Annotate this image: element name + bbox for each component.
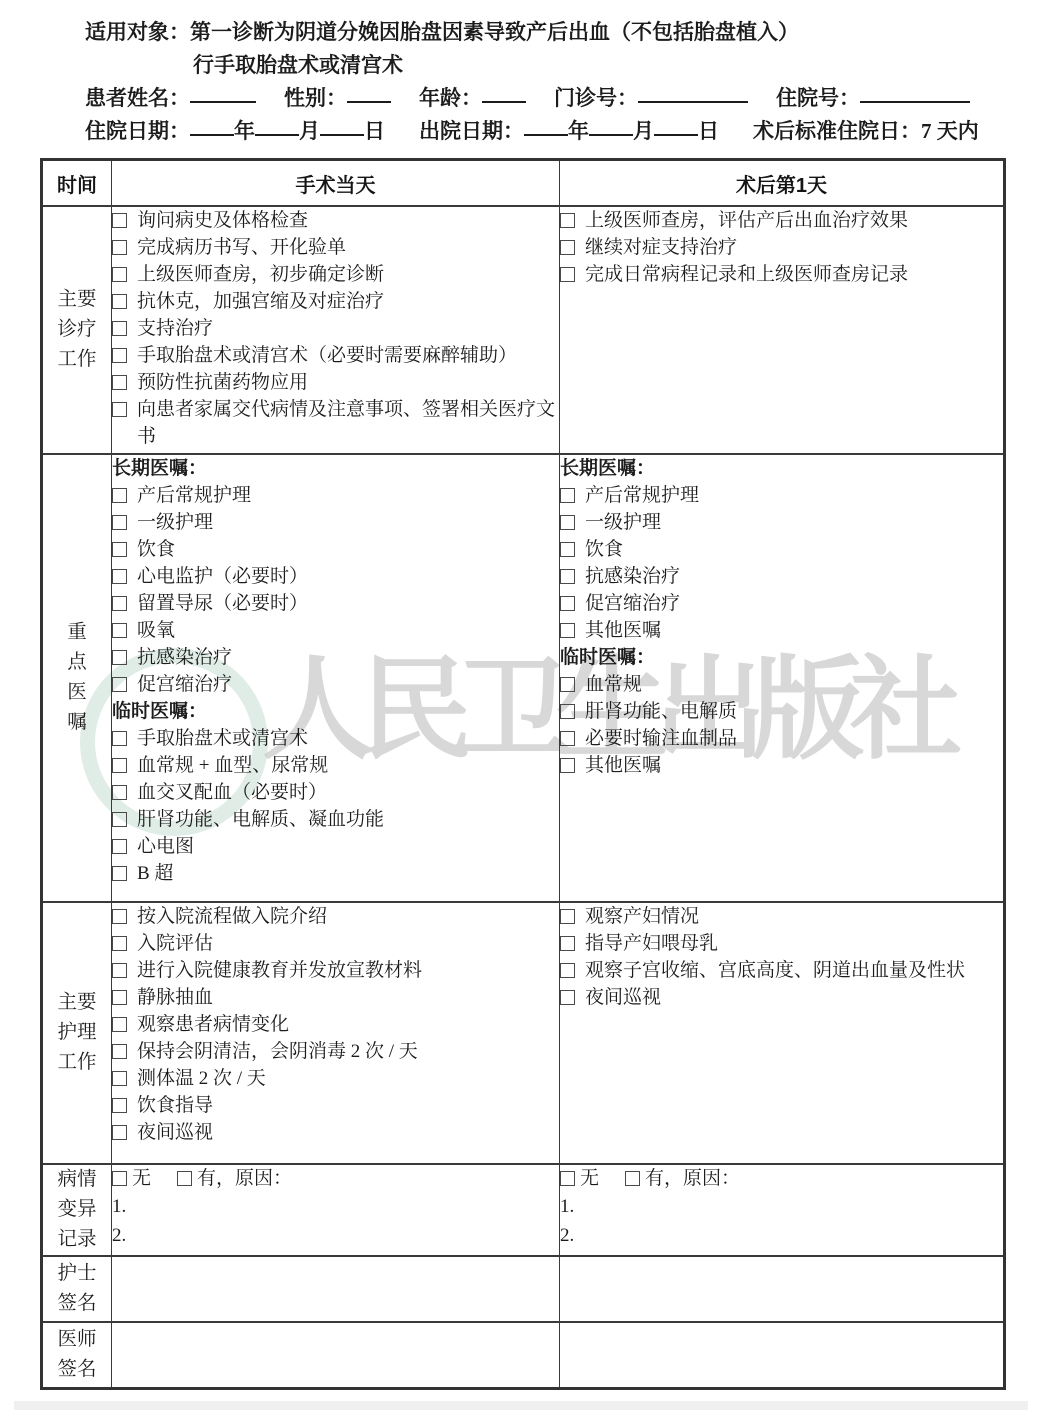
row-label-line: 医 <box>43 678 111 708</box>
field-label: 出院日期： <box>419 119 524 143</box>
row-label: 病情变异记录 <box>42 1164 112 1256</box>
checkbox-item-label: 询问病史及体格检查 <box>137 207 559 234</box>
checkbox-icon <box>560 515 575 530</box>
table-row: 病情变异记录无有，原因：1.2.无有，原因：1.2. <box>42 1164 1005 1256</box>
form-field: 住院号： <box>776 82 970 115</box>
row-label: 医师签名 <box>42 1322 112 1388</box>
pathway-cell <box>112 1322 560 1388</box>
blank-line <box>320 133 364 136</box>
row-label-line: 签名 <box>43 1289 111 1319</box>
checkbox-icon <box>560 623 575 638</box>
pathway-cell: 询问病史及体格检查完成病历书写、开化验单上级医师查房，初步确定诊断抗休克，加强宫… <box>112 206 560 454</box>
checkbox-item-label: 预防性抗菌药物应用 <box>137 369 559 396</box>
checkbox-icon <box>112 267 127 282</box>
checkbox-icon <box>112 294 127 309</box>
orders-heading: 长期医嘱： <box>112 455 559 482</box>
checkbox-item-label: 产后常规护理 <box>137 482 559 509</box>
checkbox-item: 其他医嘱 <box>560 617 1003 644</box>
checkbox-item-label: 进行入院健康教育并发放宣教材料 <box>137 957 559 984</box>
field-label: 年 <box>568 119 589 143</box>
checkbox-icon <box>560 758 575 773</box>
checkbox-item-label: 抗感染治疗 <box>137 644 559 671</box>
checkbox-item-label: 肝肾功能、电解质 <box>585 698 1003 725</box>
checkbox-item-label: 向患者家属交代病情及注意事项、签署相关医疗文书 <box>137 396 559 450</box>
checkbox-item-label: 促宫缩治疗 <box>585 590 1003 617</box>
checkbox-item: 抗感染治疗 <box>560 563 1003 590</box>
checkbox-item: 必要时输注血制品 <box>560 725 1003 752</box>
checkbox-item-label: 测体温 2 次 / 天 <box>137 1065 559 1092</box>
checkbox-item-label: 饮食 <box>137 536 559 563</box>
table-row: 护士签名 <box>42 1256 1005 1322</box>
checkbox-item-label: 观察子宫收缩、宫底高度、阴道出血量及性状 <box>585 957 1003 984</box>
checkbox-icon <box>560 731 575 746</box>
checkbox-item-label: 夜间巡视 <box>137 1119 559 1146</box>
variance-option-label: 无 <box>580 1165 599 1192</box>
checkbox-item-label: 入院评估 <box>137 930 559 957</box>
checkbox-item: 产后常规护理 <box>112 482 559 509</box>
checkbox-item: 饮食指导 <box>112 1092 559 1119</box>
clinical-pathway-table: 时间 手术当天 术后第1天 主要诊疗工作询问病史及体格检查完成病历书写、开化验单… <box>40 158 1006 1390</box>
checkbox-item: 按入院流程做入院介绍 <box>112 903 559 930</box>
pathway-cell: 观察产妇情况指导产妇喂母乳观察子宫收缩、宫底高度、阴道出血量及性状夜间巡视 <box>560 902 1005 1164</box>
field-label: 患者姓名： <box>85 86 190 110</box>
checkbox-item: 继续对症支持治疗 <box>560 234 1003 261</box>
blank-line <box>255 133 299 136</box>
blank-line <box>190 133 234 136</box>
checkbox-item: 肝肾功能、电解质、凝血功能 <box>112 806 559 833</box>
checkbox-item: 产后常规护理 <box>560 482 1003 509</box>
checkbox-icon <box>112 1017 127 1032</box>
field-label: 住院日期： <box>85 119 190 143</box>
row-label-line: 嘱 <box>43 708 111 738</box>
row-label-line: 主要 <box>43 988 111 1018</box>
form-field: 门诊号： <box>554 82 748 115</box>
checkbox-icon <box>112 963 127 978</box>
checkbox-item-label: 完成病历书写、开化验单 <box>137 234 559 261</box>
checkbox-item: 向患者家属交代病情及注意事项、签署相关医疗文书 <box>112 396 559 450</box>
numbered-blank-line: 2. <box>112 1221 559 1250</box>
row-label-line: 签名 <box>43 1355 111 1385</box>
checkbox-item: 一级护理 <box>560 509 1003 536</box>
checkbox-item-label: 观察产妇情况 <box>585 903 1003 930</box>
variance-option: 有，原因： <box>177 1165 292 1192</box>
checkbox-icon <box>560 677 575 692</box>
column-header-time: 时间 <box>42 160 112 207</box>
pathway-cell: 按入院流程做入院介绍入院评估进行入院健康教育并发放宣教材料静脉抽血观察患者病情变… <box>112 902 560 1164</box>
checkbox-icon <box>112 990 127 1005</box>
checkbox-icon <box>560 213 575 228</box>
checkbox-item: 夜间巡视 <box>560 984 1003 1011</box>
blank-line <box>589 133 633 136</box>
field-label: 月 <box>633 119 654 143</box>
checkbox-item-label: 支持治疗 <box>137 315 559 342</box>
checkbox-item: 询问病史及体格检查 <box>112 207 559 234</box>
checkbox-item: 预防性抗菌药物应用 <box>112 369 559 396</box>
variance-option: 有，原因： <box>625 1165 740 1192</box>
checkbox-icon <box>112 758 127 773</box>
checkbox-item: 上级医师查房，初步确定诊断 <box>112 261 559 288</box>
checkbox-item: 进行入院健康教育并发放宣教材料 <box>112 957 559 984</box>
checkbox-icon <box>112 596 127 611</box>
checkbox-item-label: 一级护理 <box>137 509 559 536</box>
row-label-line: 工作 <box>43 345 111 375</box>
row-label: 护士签名 <box>42 1256 112 1322</box>
row-label-line: 变异 <box>43 1195 111 1225</box>
checkbox-item-label: 留置导尿（必要时） <box>137 590 559 617</box>
pathway-cell <box>560 1322 1005 1388</box>
checkbox-item-label: 手取胎盘术或清宫术 <box>137 725 559 752</box>
checkbox-item: 肝肾功能、电解质 <box>560 698 1003 725</box>
row-label: 重点医嘱 <box>42 454 112 902</box>
checkbox-item: 促宫缩治疗 <box>560 590 1003 617</box>
pathway-cell: 长期医嘱：产后常规护理一级护理饮食抗感染治疗促宫缩治疗其他医嘱临时医嘱：血常规肝… <box>560 454 1005 902</box>
checkbox-icon <box>112 1071 127 1086</box>
column-header-surgery-day: 手术当天 <box>112 160 560 207</box>
form-field: 住院日期：年月日 <box>85 115 385 148</box>
checkbox-item: 饮食 <box>112 536 559 563</box>
checkbox-icon <box>560 963 575 978</box>
blank-line <box>638 100 748 103</box>
form-field: 术后标准住院日：7 天内 <box>753 115 979 148</box>
column-header-postop-day1: 术后第1天 <box>560 160 1005 207</box>
checkbox-icon <box>177 1171 192 1186</box>
checkbox-item-label: 继续对症支持治疗 <box>585 234 1003 261</box>
checkbox-item-label: 抗感染治疗 <box>585 563 1003 590</box>
pathway-cell: 上级医师查房，评估产后出血治疗效果继续对症支持治疗完成日常病程记录和上级医师查房… <box>560 206 1005 454</box>
pathway-cell: 无有，原因：1.2. <box>560 1164 1005 1256</box>
checkbox-icon <box>112 488 127 503</box>
applicable-subject-line: 适用对象：第一诊断为阴道分娩因胎盘因素导致产后出血（不包括胎盘植入） <box>85 16 1042 49</box>
row-label-line: 病情 <box>43 1165 111 1195</box>
numbered-blank-line: 1. <box>112 1192 559 1221</box>
numbered-blank-line: 1. <box>560 1192 1003 1221</box>
field-label: 日 <box>698 119 719 143</box>
checkbox-item-label: 肝肾功能、电解质、凝血功能 <box>137 806 559 833</box>
checkbox-item: 指导产妇喂母乳 <box>560 930 1003 957</box>
checkbox-item-label: 产后常规护理 <box>585 482 1003 509</box>
checkbox-item-label: 必要时输注血制品 <box>585 725 1003 752</box>
row-label: 主要诊疗工作 <box>42 206 112 454</box>
checkbox-item-label: 静脉抽血 <box>137 984 559 1011</box>
row-label-line: 记录 <box>43 1225 111 1255</box>
checkbox-item-label: 饮食 <box>585 536 1003 563</box>
row-label-line: 工作 <box>43 1048 111 1078</box>
row-label-line: 点 <box>43 648 111 678</box>
blank-line <box>524 133 568 136</box>
checkbox-item: 上级医师查房，评估产后出血治疗效果 <box>560 207 1003 234</box>
field-label: 月 <box>299 119 320 143</box>
variance-option-label: 有，原因： <box>645 1165 740 1192</box>
checkbox-item-label: 指导产妇喂母乳 <box>585 930 1003 957</box>
checkbox-icon <box>112 348 127 363</box>
checkbox-item: 血交叉配血（必要时） <box>112 779 559 806</box>
checkbox-icon <box>112 569 127 584</box>
blank-line <box>482 100 526 103</box>
pathway-cell: 无有，原因：1.2. <box>112 1164 560 1256</box>
row-label-line: 主要 <box>43 285 111 315</box>
form-field: 性别： <box>284 82 391 115</box>
table-header-row: 时间 手术当天 术后第1天 <box>42 160 1005 207</box>
checkbox-icon <box>112 542 127 557</box>
checkbox-item: B 超 <box>112 860 559 887</box>
checkbox-item: 观察产妇情况 <box>560 903 1003 930</box>
checkbox-item: 心电图 <box>112 833 559 860</box>
checkbox-icon <box>112 1098 127 1113</box>
checkbox-item: 夜间巡视 <box>112 1119 559 1146</box>
field-label: 门诊号： <box>554 86 638 110</box>
row-label-line: 护士 <box>43 1259 111 1289</box>
checkbox-icon <box>112 213 127 228</box>
checkbox-item-label: 观察患者病情变化 <box>137 1011 559 1038</box>
checkbox-item: 血常规 <box>560 671 1003 698</box>
checkbox-icon <box>560 240 575 255</box>
checkbox-item-label: 心电监护（必要时） <box>137 563 559 590</box>
table-row: 主要诊疗工作询问病史及体格检查完成病历书写、开化验单上级医师查房，初步确定诊断抗… <box>42 206 1005 454</box>
checkbox-icon <box>560 569 575 584</box>
checkbox-item-label: 上级医师查房，评估产后出血治疗效果 <box>585 207 1003 234</box>
checkbox-item: 促宫缩治疗 <box>112 671 559 698</box>
checkbox-item-label: 其他医嘱 <box>585 617 1003 644</box>
checkbox-item-label: 饮食指导 <box>137 1092 559 1119</box>
blank-line <box>654 133 698 136</box>
checkbox-item: 测体温 2 次 / 天 <box>112 1065 559 1092</box>
checkbox-icon <box>112 812 127 827</box>
checkbox-item-label: 吸氧 <box>137 617 559 644</box>
variance-options: 无有，原因： <box>560 1165 1003 1192</box>
variance-options: 无有，原因： <box>112 1165 559 1192</box>
checkbox-item-label: 心电图 <box>137 833 559 860</box>
variance-option-label: 有，原因： <box>197 1165 292 1192</box>
checkbox-item: 观察患者病情变化 <box>112 1011 559 1038</box>
orders-heading: 长期医嘱： <box>560 455 1003 482</box>
numbered-blank-line: 2. <box>560 1221 1003 1250</box>
row-label-line: 诊疗 <box>43 315 111 345</box>
checkbox-icon <box>112 1125 127 1140</box>
checkbox-item: 心电监护（必要时） <box>112 563 559 590</box>
checkbox-item-label: 其他医嘱 <box>585 752 1003 779</box>
checkbox-icon <box>560 542 575 557</box>
page-bottom-edge <box>14 1401 1028 1410</box>
checkbox-item-label: 血常规 <box>585 671 1003 698</box>
orders-heading: 临时医嘱： <box>560 644 1003 671</box>
pathway-cell <box>560 1256 1005 1322</box>
checkbox-item-label: 一级护理 <box>585 509 1003 536</box>
field-label: 性别： <box>284 86 347 110</box>
checkbox-item: 手取胎盘术或清宫术（必要时需要麻醉辅助） <box>112 342 559 369</box>
checkbox-item-label: 完成日常病程记录和上级医师查房记录 <box>585 261 1003 288</box>
procedure-line: 行手取胎盘术或清宫术 <box>85 49 1042 82</box>
document-header: 适用对象：第一诊断为阴道分娩因胎盘因素导致产后出血（不包括胎盘植入） 行手取胎盘… <box>0 0 1042 148</box>
checkbox-item: 留置导尿（必要时） <box>112 590 559 617</box>
blank-line <box>190 100 256 103</box>
field-label: 年 <box>234 119 255 143</box>
checkbox-icon <box>112 240 127 255</box>
row-label-line: 医师 <box>43 1325 111 1355</box>
checkbox-icon <box>112 623 127 638</box>
checkbox-item-label: 按入院流程做入院介绍 <box>137 903 559 930</box>
variance-option: 无 <box>112 1165 151 1192</box>
checkbox-item-label: 手取胎盘术或清宫术（必要时需要麻醉辅助） <box>137 342 559 369</box>
checkbox-icon <box>112 650 127 665</box>
checkbox-icon <box>560 990 575 1005</box>
field-label: 日 <box>364 119 385 143</box>
checkbox-item: 血常规 + 血型、尿常规 <box>112 752 559 779</box>
checkbox-icon <box>112 1171 127 1186</box>
orders-heading: 临时医嘱： <box>112 698 559 725</box>
checkbox-icon <box>112 731 127 746</box>
checkbox-icon <box>112 321 127 336</box>
checkbox-item: 静脉抽血 <box>112 984 559 1011</box>
checkbox-item: 支持治疗 <box>112 315 559 342</box>
clinical-pathway-document-page: 人民卫生出版社 适用对象：第一诊断为阴道分娩因胎盘因素导致产后出血（不包括胎盘植… <box>0 0 1042 1416</box>
variance-option-label: 无 <box>132 1165 151 1192</box>
checkbox-icon <box>625 1171 640 1186</box>
checkbox-item: 完成病历书写、开化验单 <box>112 234 559 261</box>
checkbox-item-label: 夜间巡视 <box>585 984 1003 1011</box>
table-row: 主要护理工作按入院流程做入院介绍入院评估进行入院健康教育并发放宣教材料静脉抽血观… <box>42 902 1005 1164</box>
checkbox-icon <box>560 909 575 924</box>
checkbox-icon <box>112 1044 127 1059</box>
form-field: 年龄： <box>419 82 526 115</box>
hospital-date-fields: 住院日期：年月日出院日期：年月日术后标准住院日：7 天内 <box>85 115 1042 148</box>
checkbox-item-label: 促宫缩治疗 <box>137 671 559 698</box>
checkbox-icon <box>560 704 575 719</box>
form-field: 患者姓名： <box>85 82 256 115</box>
table-row: 重点医嘱长期医嘱：产后常规护理一级护理饮食心电监护（必要时）留置导尿（必要时）吸… <box>42 454 1005 902</box>
checkbox-icon <box>112 677 127 692</box>
blank-line <box>347 100 391 103</box>
field-label: 住院号： <box>776 86 860 110</box>
checkbox-item: 其他医嘱 <box>560 752 1003 779</box>
checkbox-item-label: 血常规 + 血型、尿常规 <box>137 752 559 779</box>
checkbox-item: 观察子宫收缩、宫底高度、阴道出血量及性状 <box>560 957 1003 984</box>
checkbox-icon <box>560 267 575 282</box>
checkbox-item-label: 抗休克，加强宫缩及对症治疗 <box>137 288 559 315</box>
checkbox-item: 手取胎盘术或清宫术 <box>112 725 559 752</box>
checkbox-icon <box>112 839 127 854</box>
checkbox-icon <box>112 936 127 951</box>
checkbox-item: 保持会阴清洁，会阴消毒 2 次 / 天 <box>112 1038 559 1065</box>
checkbox-icon <box>112 402 127 417</box>
checkbox-icon <box>112 515 127 530</box>
row-label-line: 重 <box>43 618 111 648</box>
checkbox-icon <box>112 375 127 390</box>
checkbox-icon <box>112 909 127 924</box>
checkbox-item-label: B 超 <box>137 860 559 887</box>
table-row: 医师签名 <box>42 1322 1005 1388</box>
row-label-line: 护理 <box>43 1018 111 1048</box>
checkbox-icon <box>560 488 575 503</box>
checkbox-icon <box>560 596 575 611</box>
field-label: 年龄： <box>419 86 482 110</box>
checkbox-icon <box>560 936 575 951</box>
checkbox-item: 一级护理 <box>112 509 559 536</box>
checkbox-item: 完成日常病程记录和上级医师查房记录 <box>560 261 1003 288</box>
checkbox-icon <box>112 785 127 800</box>
blank-line <box>860 100 970 103</box>
checkbox-icon <box>112 866 127 881</box>
field-label: 术后标准住院日：7 天内 <box>753 119 979 143</box>
checkbox-item-label: 保持会阴清洁，会阴消毒 2 次 / 天 <box>137 1038 559 1065</box>
checkbox-item-label: 血交叉配血（必要时） <box>137 779 559 806</box>
checkbox-item-label: 上级医师查房，初步确定诊断 <box>137 261 559 288</box>
checkbox-item: 抗休克，加强宫缩及对症治疗 <box>112 288 559 315</box>
row-label: 主要护理工作 <box>42 902 112 1164</box>
patient-info-fields: 患者姓名：性别：年龄：门诊号：住院号： <box>85 82 1042 115</box>
variance-option: 无 <box>560 1165 599 1192</box>
pathway-cell: 长期医嘱：产后常规护理一级护理饮食心电监护（必要时）留置导尿（必要时）吸氧抗感染… <box>112 454 560 902</box>
checkbox-item: 入院评估 <box>112 930 559 957</box>
checkbox-item: 吸氧 <box>112 617 559 644</box>
pathway-cell <box>112 1256 560 1322</box>
form-field: 出院日期：年月日 <box>419 115 719 148</box>
checkbox-icon <box>560 1171 575 1186</box>
checkbox-item: 抗感染治疗 <box>112 644 559 671</box>
checkbox-item: 饮食 <box>560 536 1003 563</box>
